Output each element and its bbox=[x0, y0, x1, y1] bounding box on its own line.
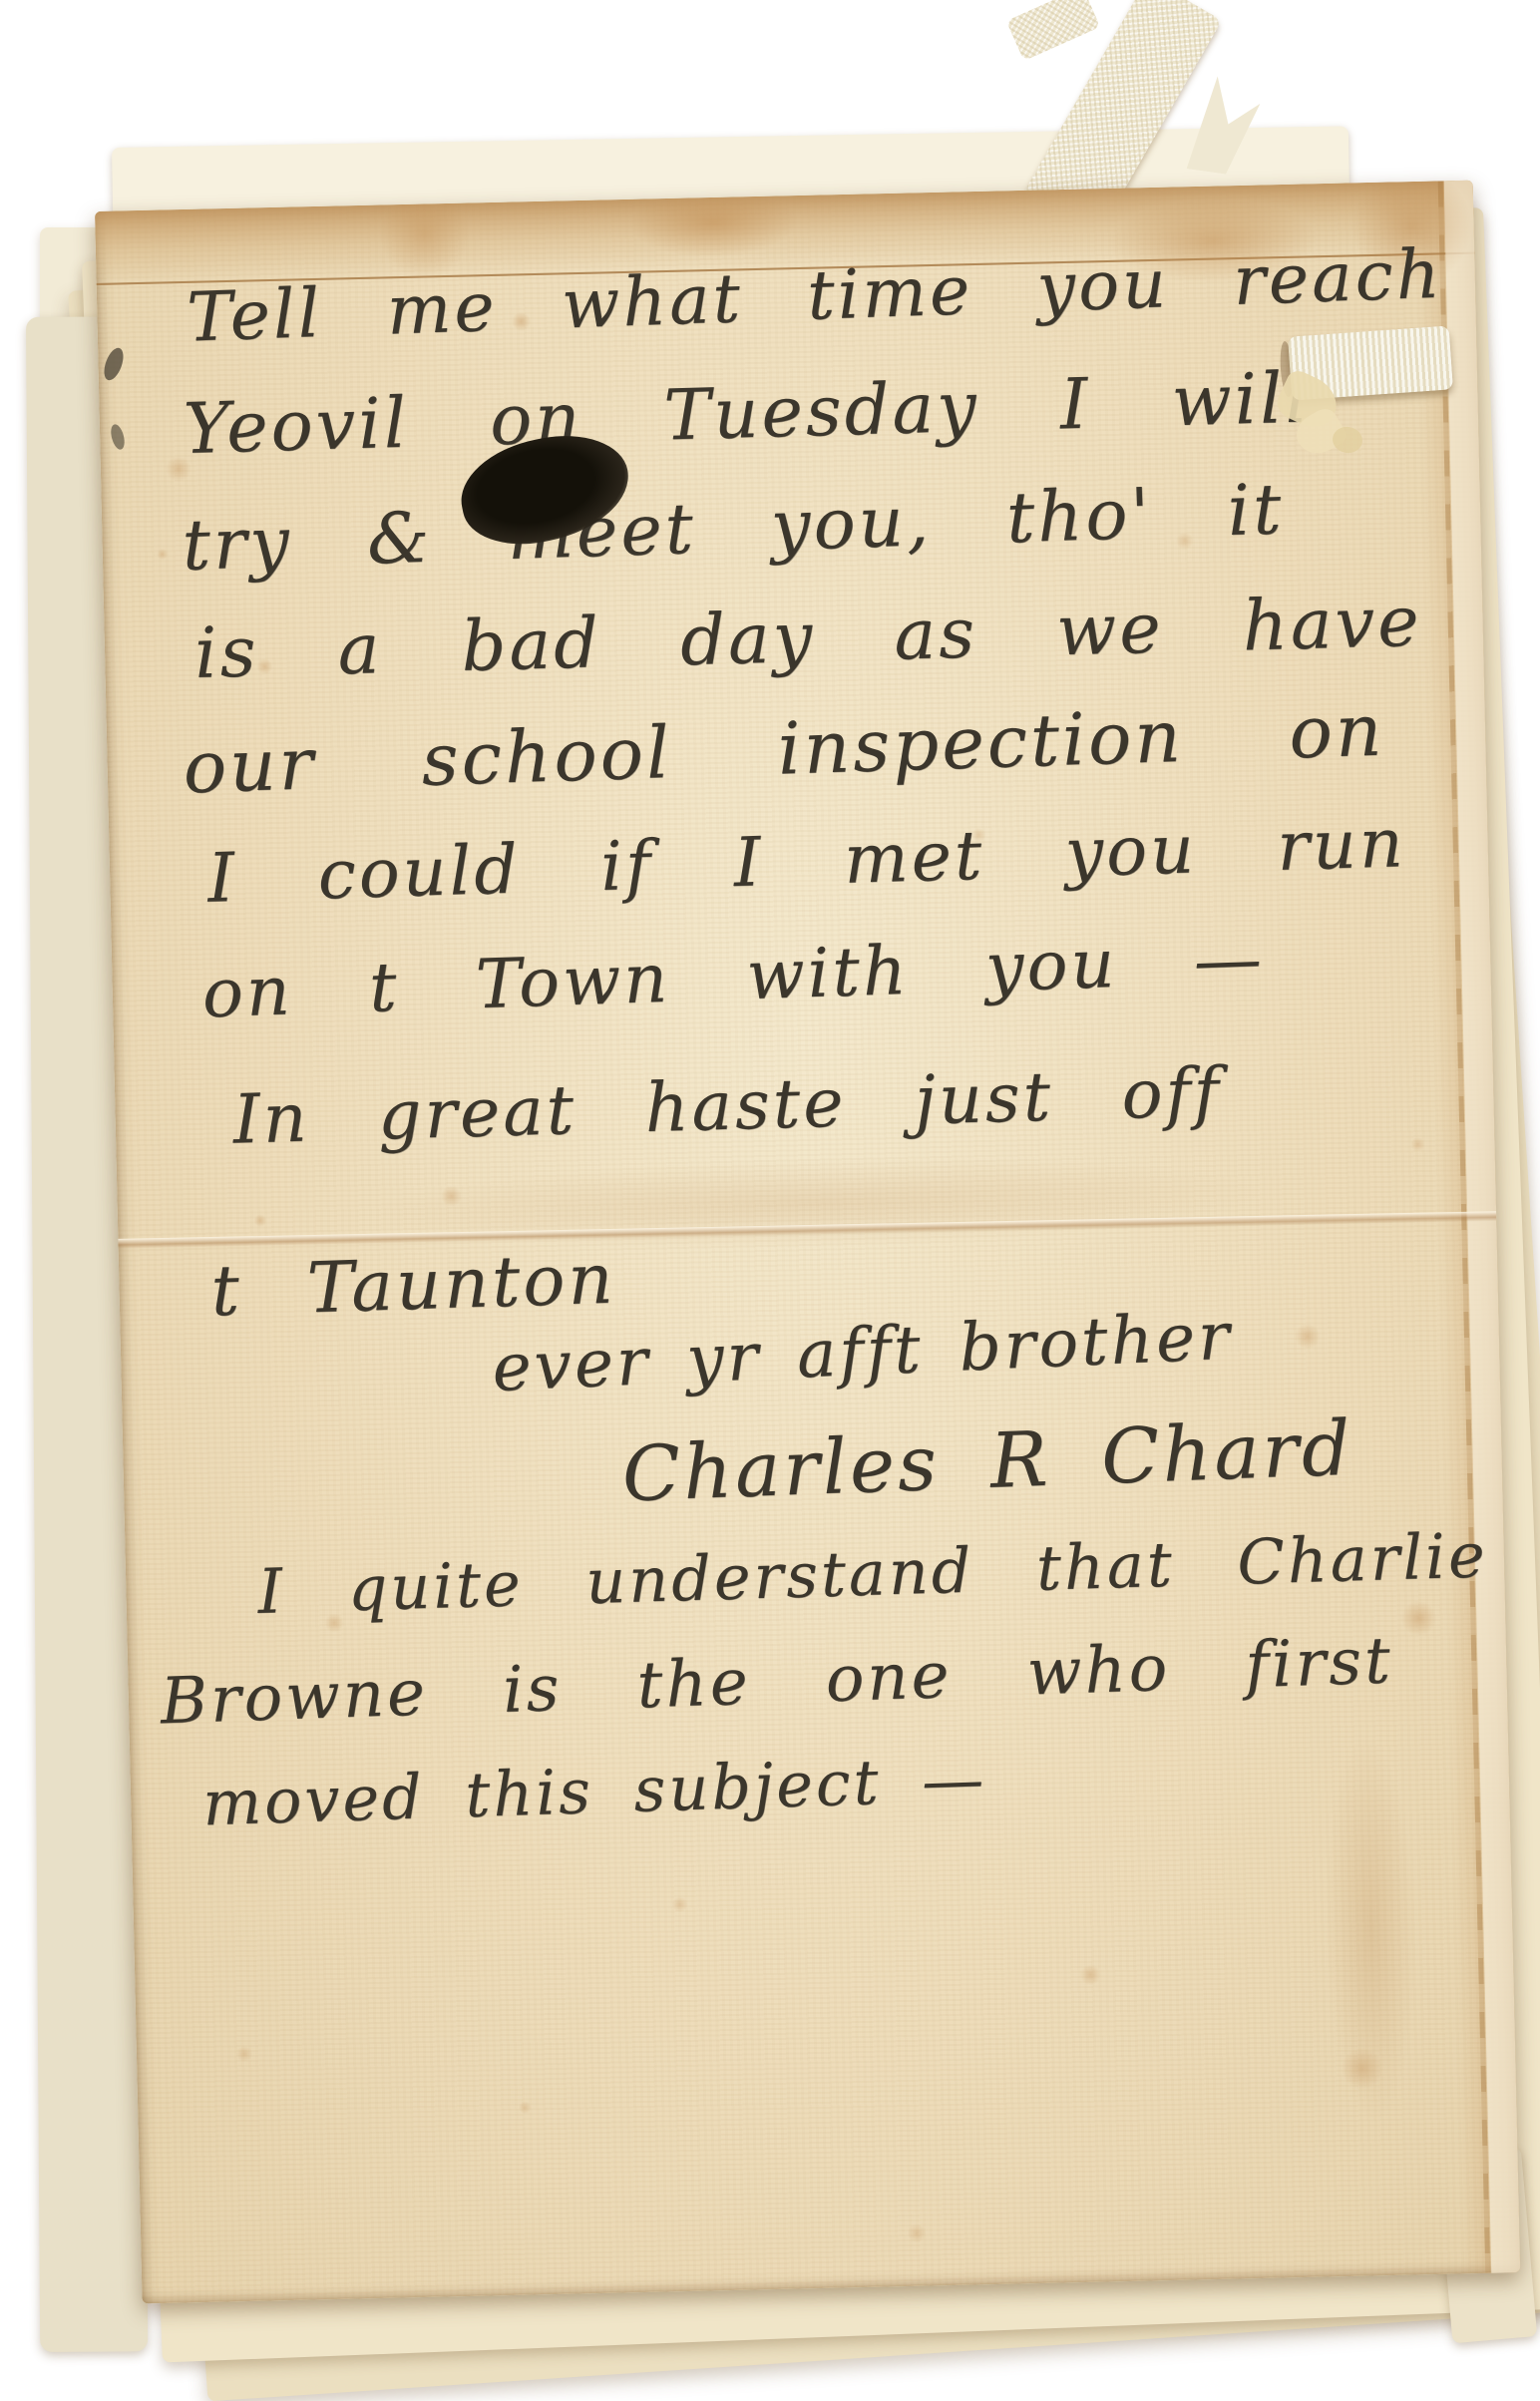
photograph-of-handwritten-letter: Tell me what time you reach Yeovil on Tu… bbox=[0, 0, 1540, 2401]
letter-page: Tell me what time you reach Yeovil on Tu… bbox=[95, 181, 1520, 2304]
ribbon-top-bend bbox=[1006, 0, 1101, 61]
letter-line-9: t Taunton bbox=[209, 1238, 616, 1333]
